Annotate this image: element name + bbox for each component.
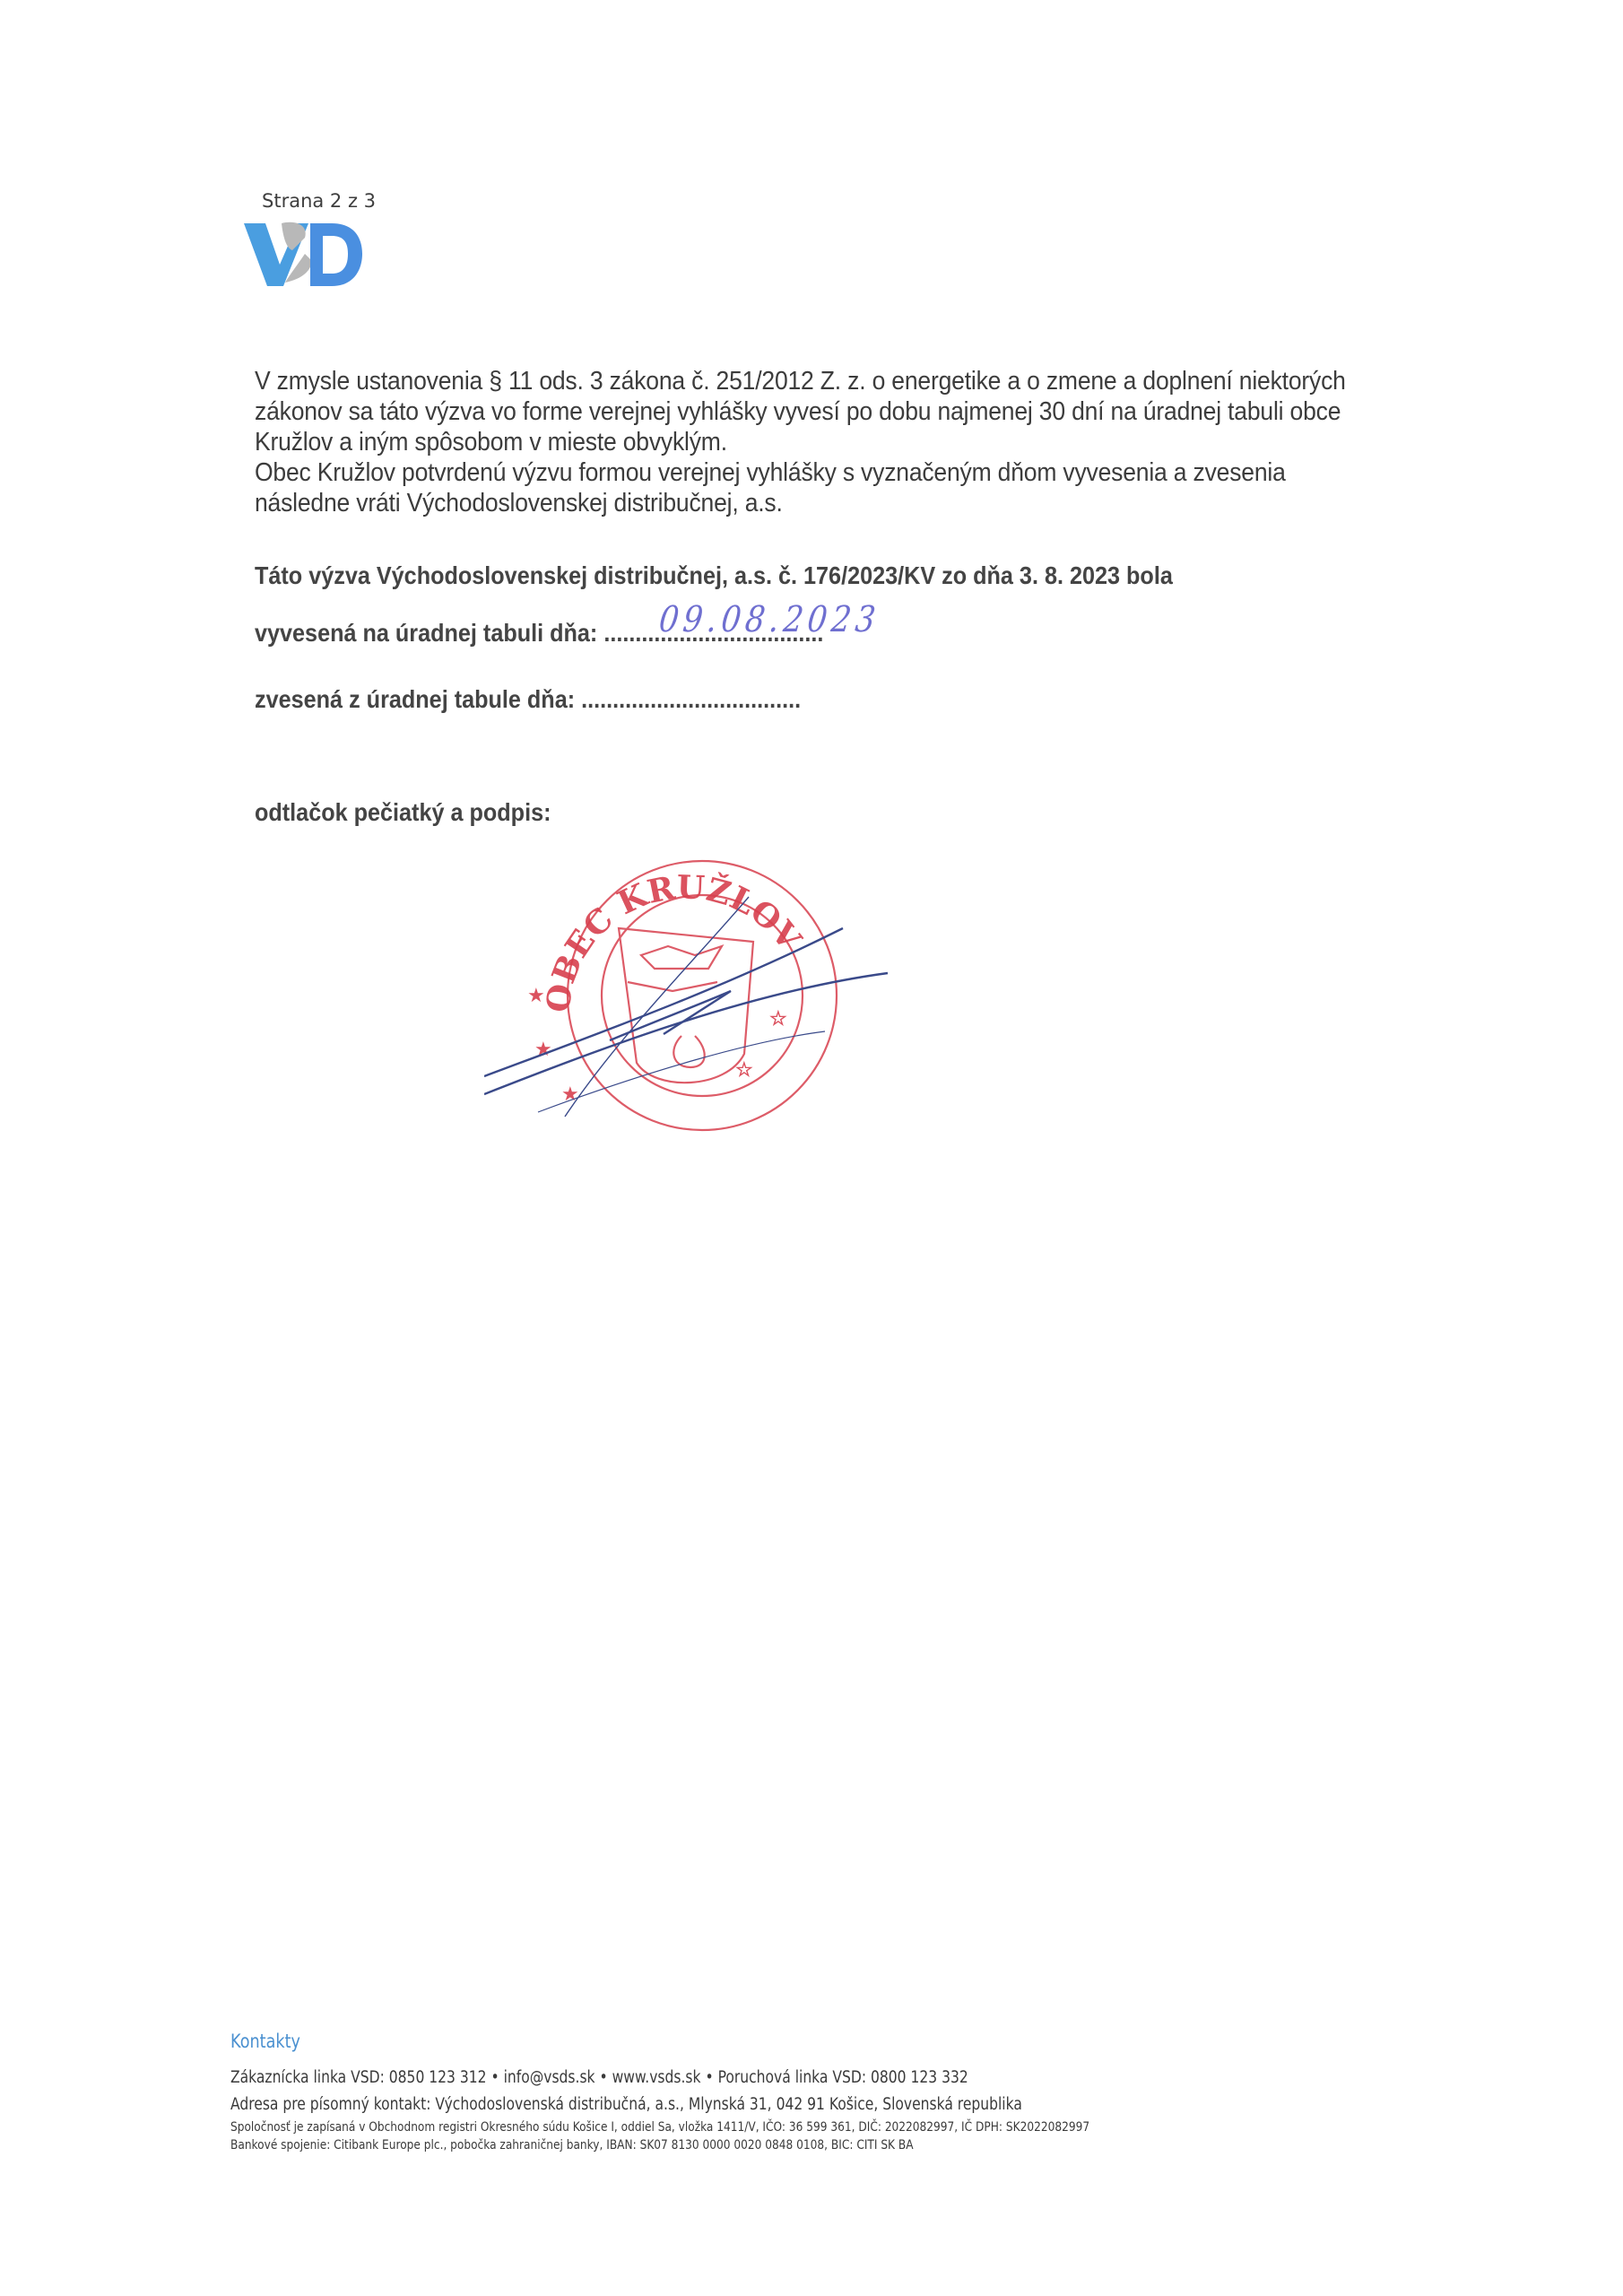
vsd-logo [242, 218, 364, 290]
official-stamp-with-signature: OBEC KRUŽLOV ★ ★ ★ ☆ ☆ [484, 857, 897, 1161]
notice-line: Táto výzva Východoslovenskej distribučne… [255, 561, 1173, 590]
footer-title: Kontakty [230, 2031, 1089, 2052]
removed-date-field: zvesená z úradnej tabule dňa: ..........… [255, 685, 801, 714]
footer-registry-line: Spoločnosť je zapísaná v Obchodnom regis… [230, 2118, 1089, 2136]
intro-paragraph: V zmysle ustanovenia § 11 ods. 3 zákona … [255, 366, 1439, 518]
removed-dots: ................................... [581, 685, 801, 713]
paragraph-line: Kružlov a iným spôsobom v mieste obvyklý… [255, 427, 1439, 457]
paragraph-line: V zmysle ustanovenia § 11 ods. 3 zákona … [255, 366, 1439, 396]
stamp-signature-label: odtlačok pečiatký a podpis: [255, 798, 551, 827]
svg-text:☆: ☆ [735, 1059, 753, 1082]
paragraph-line: Obec Kružlov potvrdenú výzvu formou vere… [255, 457, 1439, 488]
footer-contacts: Kontakty Zákaznícka linka VSD: 0850 123 … [230, 2031, 1089, 2154]
paragraph-line: následne vráti Východoslovenskej distrib… [255, 488, 1439, 518]
svg-text:★: ★ [527, 985, 545, 1007]
footer-contact-line: Zákaznícka linka VSD: 0850 123 312 • inf… [230, 2065, 1089, 2092]
posted-label: vyvesená na úradnej tabuli dňa: [255, 619, 597, 647]
svg-text:OBEC KRUŽLOV: OBEC KRUŽLOV [539, 868, 809, 1014]
paragraph-line: zákonov sa táto výzva vo forme verejnej … [255, 396, 1439, 427]
removed-label: zvesená z úradnej tabule dňa: [255, 685, 575, 713]
stamp-text: OBEC KRUŽLOV [539, 868, 809, 1014]
footer-address-line: Adresa pre písomný kontakt: Východoslove… [230, 2092, 1089, 2118]
svg-text:☆: ☆ [769, 1008, 787, 1031]
footer-bank-line: Bankové spojenie: Citibank Europe plc., … [230, 2136, 1089, 2154]
posted-date-handwritten: 09.08.2023 [657, 599, 882, 640]
page-number-label: Strana 2 z 3 [262, 190, 376, 212]
